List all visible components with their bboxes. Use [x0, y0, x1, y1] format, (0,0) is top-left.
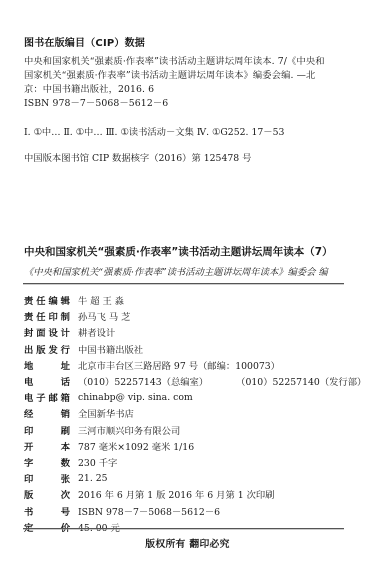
info-row-print-manager: 责任印制 孙马飞 马 芝 — [24, 308, 366, 324]
info-row-address: 地址 北京市丰台区三路居路 97 号（邮编：100073） — [24, 357, 366, 373]
cip-classification: Ⅰ. ①中… Ⅱ. ①中… Ⅲ. ①读书活动－文集 Ⅳ. ①G252. 17－5… — [24, 124, 284, 138]
info-label: 印张 — [24, 471, 78, 485]
copyright-notice: 版权所有 翻印必究 — [0, 536, 375, 550]
cip-csn: 中国版本图书馆 CIP 数据核字（2016）第 125478 号 — [24, 150, 251, 164]
info-label: 印刷 — [24, 423, 78, 437]
info-label: 地址 — [24, 358, 78, 372]
book-editor: 《中央和国家机关“强素质·作表率”读书活动主题讲坛周年读本》编委会 编 — [24, 264, 328, 278]
cip-heading: 图书在版编目（CIP）数据 — [24, 34, 145, 49]
info-value: ISBN 978－7－5068－5612－6 — [78, 504, 220, 518]
cip-line-2: 国家机关“强素质·作表率”读书活动主题讲坛周年读本》编委会编. —北 — [24, 69, 315, 83]
cip-line-3: 京：中国书籍出版社，2016. 6 — [24, 83, 154, 97]
info-label: 出版发行 — [24, 342, 78, 356]
info-row-isbn: 书号 ISBN 978－7－5068－5612－6 — [24, 502, 366, 518]
info-value: 全国新华书店 — [78, 406, 134, 420]
info-label: 电子邮箱 — [24, 390, 78, 404]
info-label: 经销 — [24, 406, 78, 420]
info-value: 耕者设计 — [78, 325, 115, 339]
bottom-divider — [23, 528, 344, 529]
info-value: 北京市丰台区三路居路 97 号（邮编：100073） — [78, 358, 280, 372]
info-value: 中国书籍出版社 — [78, 342, 143, 356]
book-title: 中央和国家机关“强素质·作表率”读书活动主题讲坛周年读本（7） — [24, 244, 333, 259]
cip-line-1: 中央和国家机关“强素质·作表率”读书活动主题讲坛周年读本. 7/《中央和 — [24, 55, 325, 69]
info-value: 孙马飞 马 芝 — [78, 309, 130, 323]
info-row-cover-design: 封面设计 耕者设计 — [24, 324, 366, 340]
info-label: 责任编辑 — [24, 293, 78, 307]
info-row-word-count: 字数 230 千字 — [24, 454, 366, 470]
info-label: 开本 — [24, 439, 78, 453]
info-label: 封面设计 — [24, 325, 78, 339]
info-label: 电话 — [24, 374, 78, 388]
info-row-email: 电子邮箱 chinabp@ vip. sina. com — [24, 389, 366, 405]
info-label: 责任印制 — [24, 309, 78, 323]
info-value: 787 毫米×1092 毫米 1/16 — [78, 439, 194, 453]
cip-isbn-line: ISBN 978－7－5068－5612－6 — [24, 97, 168, 111]
info-row-edition: 版次 2016 年 6 月第 1 版 2016 年 6 月第 1 次印刷 — [24, 486, 366, 502]
info-row-distributor: 经销 全国新华书店 — [24, 405, 366, 421]
info-label: 定价 — [24, 520, 78, 534]
info-value: （010）52257143（总编室）（010）52257140（发行部） — [78, 374, 366, 388]
info-row-publisher: 出版发行 中国书籍出版社 — [24, 341, 366, 357]
info-value: chinabp@ vip. sina. com — [78, 392, 193, 403]
info-label: 书号 — [24, 504, 78, 518]
phone-distribution: （010）52257140（发行部） — [236, 377, 366, 388]
info-value: 230 千字 — [78, 455, 117, 469]
info-row-printer: 印刷 三河市顺兴印务有限公司 — [24, 422, 366, 438]
phone-editorial: （010）52257143（总编室） — [78, 377, 208, 388]
info-value: 三河市顺兴印务有限公司 — [78, 423, 180, 437]
info-label: 字数 — [24, 455, 78, 469]
top-divider — [23, 283, 344, 284]
info-value: 21. 25 — [78, 473, 108, 484]
info-row-format: 开本 787 毫米×1092 毫米 1/16 — [24, 438, 366, 454]
info-value: 2016 年 6 月第 1 版 2016 年 6 月第 1 次印刷 — [78, 487, 274, 501]
copyright-page: 图书在版编目（CIP）数据 中央和国家机关“强素质·作表率”读书活动主题讲坛周年… — [0, 0, 375, 572]
publication-info: 责任编辑 牛 超 王 淼 责任印制 孙马飞 马 芝 封面设计 耕者设计 出版发行… — [24, 292, 366, 535]
info-value: 45. 00 元 — [78, 520, 120, 534]
info-row-phone: 电话 （010）52257143（总编室）（010）52257140（发行部） — [24, 373, 366, 389]
info-row-price: 定价 45. 00 元 — [24, 519, 366, 535]
info-value: 牛 超 王 淼 — [78, 293, 124, 307]
info-row-sheets: 印张 21. 25 — [24, 470, 366, 486]
info-label: 版次 — [24, 487, 78, 501]
info-row-editor: 责任编辑 牛 超 王 淼 — [24, 292, 366, 308]
